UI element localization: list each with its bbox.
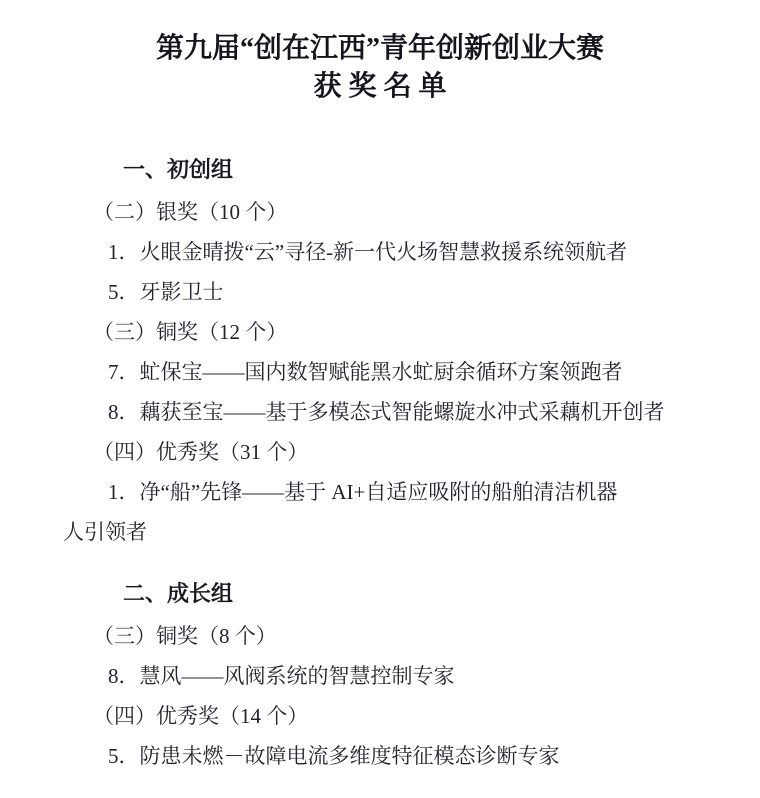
award-item: 1．净“船”先锋——基于 AI+自适应吸附的船舶清洁机器 — [108, 480, 730, 504]
group-heading: 一、初创组 — [123, 158, 730, 182]
award-list: 一、初创组（二）银奖（10 个）1．火眼金晴拨“云”寻径-新一代火场智慧救援系统… — [0, 158, 760, 768]
award-item-continuation: 人引领者 — [63, 520, 730, 544]
award-item: 8．慧风——风阀系统的智慧控制专家 — [108, 664, 730, 688]
award-tier-subheading: （四）优秀奖（31 个） — [93, 440, 730, 464]
award-item: 5．牙影卫士 — [108, 280, 730, 304]
award-item: 1．火眼金晴拨“云”寻径-新一代火场智慧救援系统领航者 — [108, 240, 730, 264]
award-tier-subheading: （四）优秀奖（14 个） — [93, 704, 730, 728]
award-item: 5．防患未燃－故障电流多维度特征模态诊断专家 — [108, 744, 730, 768]
award-tier-subheading: （三）铜奖（12 个） — [93, 320, 730, 344]
group-heading: 二、成长组 — [123, 582, 730, 606]
award-item: 8．藕获至宝——基于多模态式智能螺旋水冲式采藕机开创者 — [108, 400, 730, 424]
award-item: 7．虻保宝——国内数智赋能黑水虻厨余循环方案领跑者 — [108, 360, 730, 384]
document-page: 第九届“创在江西”青年创新创业大赛 获 奖 名 单 一、初创组（二）银奖（10 … — [0, 0, 760, 798]
document-title: 第九届“创在江西”青年创新创业大赛 获 奖 名 单 — [0, 0, 760, 106]
document-title-line-2: 获 奖 名 单 — [0, 68, 760, 106]
award-tier-subheading: （二）银奖（10 个） — [93, 200, 730, 224]
award-tier-subheading: （三）铜奖（8 个） — [93, 624, 730, 648]
document-title-line-1: 第九届“创在江西”青年创新创业大赛 — [0, 30, 760, 68]
